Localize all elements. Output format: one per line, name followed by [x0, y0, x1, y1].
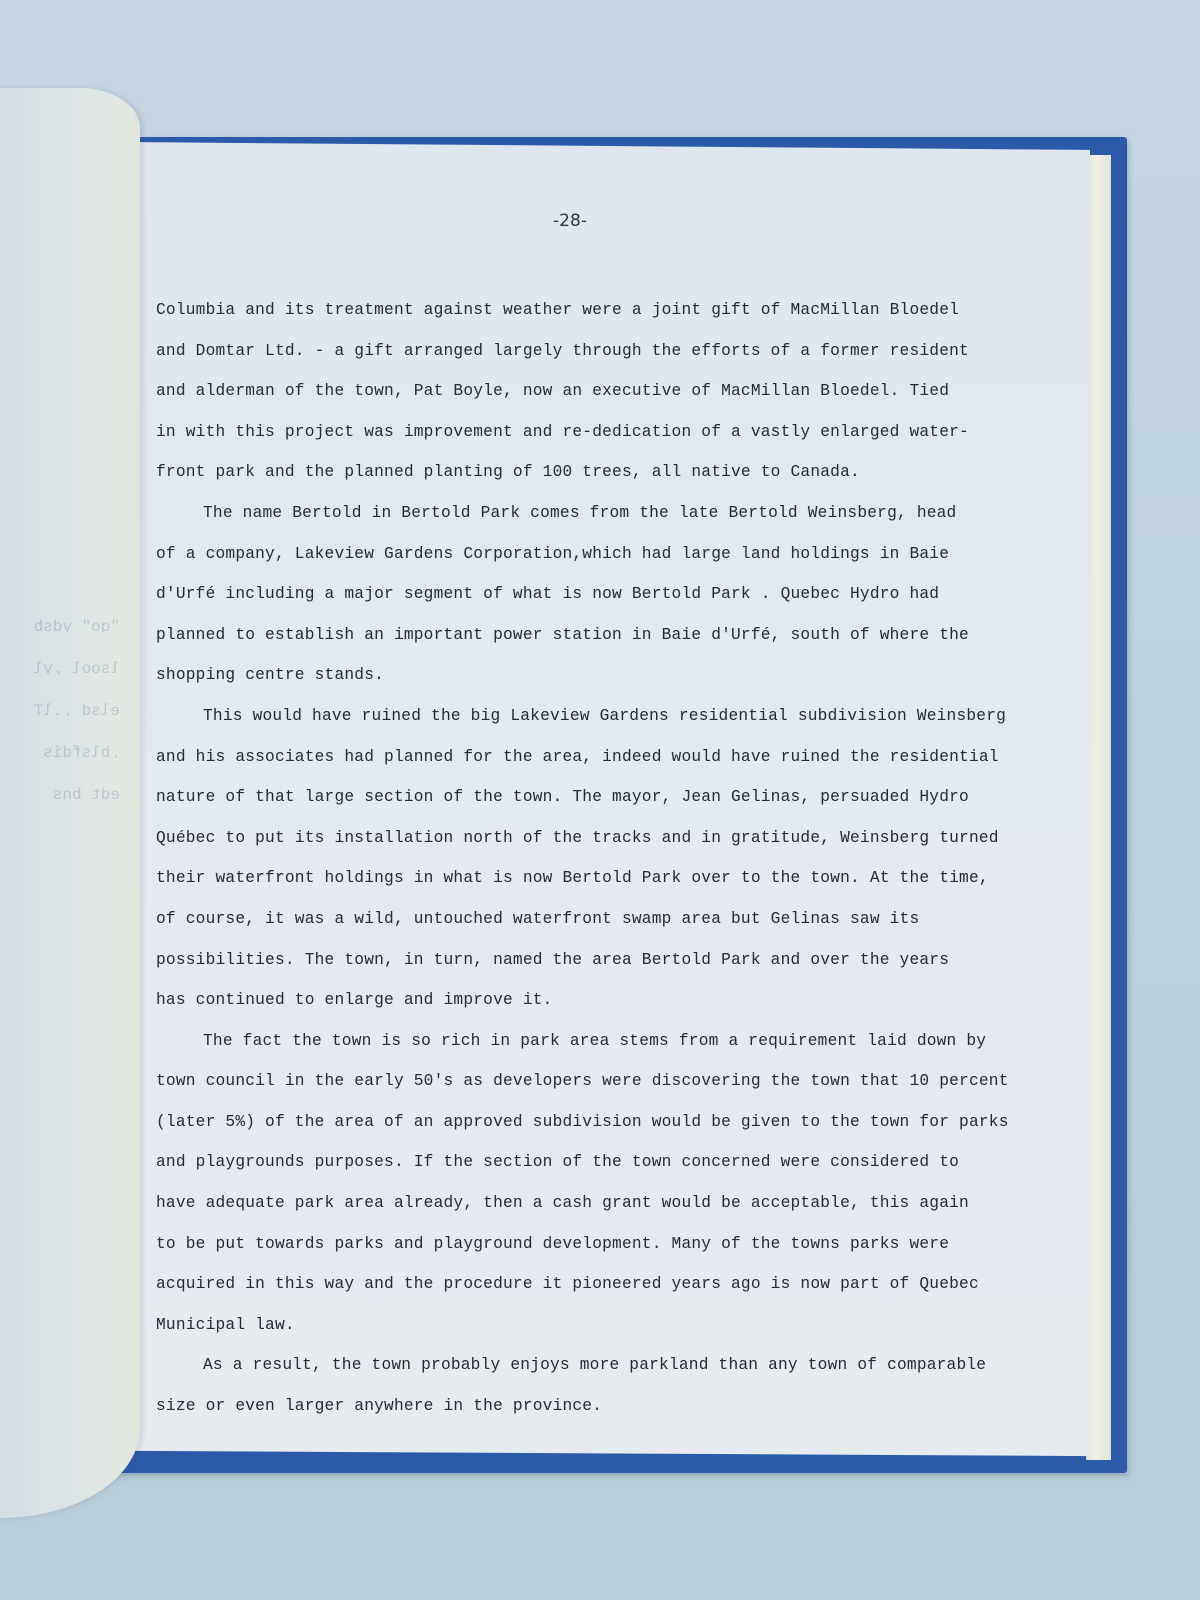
text-line: of a company, Lakeview Gardens Corporati…	[156, 534, 1036, 575]
bleed-through-text: "go" ydsb	[10, 618, 120, 632]
text-line: (later 5%) of the area of an approved su…	[156, 1102, 1036, 1143]
text-line: nature of that large section of the town…	[156, 777, 1036, 818]
page-number: -28-	[0, 211, 1140, 231]
bleed-through-text: elsd ,.lT	[10, 702, 120, 716]
bleed-through-text: lsool ,yl	[10, 660, 120, 674]
typewritten-body-text: Columbia and its treatment against weath…	[156, 290, 1036, 1427]
text-line: their waterfront holdings in what is now…	[156, 858, 1036, 899]
text-line: of course, it was a wild, untouched wate…	[156, 899, 1036, 940]
text-line: shopping centre stands.	[156, 655, 1036, 696]
text-line: front park and the planned planting of 1…	[156, 452, 1036, 493]
text-line: has continued to enlarge and improve it.	[156, 980, 1036, 1021]
bleed-through-text: ,blsfdis	[10, 744, 120, 758]
left-page-curl: "go" ydsb lsool ,yl elsd ,.lT ,blsfdis e…	[0, 88, 140, 1518]
text-line: d'Urfé including a major segment of what…	[156, 574, 1036, 615]
text-line: possibilities. The town, in turn, named …	[156, 940, 1036, 981]
text-line: town council in the early 50's as develo…	[156, 1061, 1036, 1102]
bleed-through-text: edt bns	[10, 786, 120, 800]
text-line: to be put towards parks and playground d…	[156, 1224, 1036, 1265]
text-line: have adequate park area already, then a …	[156, 1183, 1036, 1224]
text-line: and alderman of the town, Pat Boyle, now…	[156, 371, 1036, 412]
text-line: Québec to put its installation north of …	[156, 818, 1036, 859]
text-line: As a result, the town probably enjoys mo…	[156, 1345, 1036, 1386]
text-line: The name Bertold in Bertold Park comes f…	[156, 493, 1036, 534]
text-line: This would have ruined the big Lakeview …	[156, 696, 1036, 737]
text-line: The fact the town is so rich in park are…	[156, 1021, 1036, 1062]
text-line: and playgrounds purposes. If the section…	[156, 1142, 1036, 1183]
text-line: acquired in this way and the procedure i…	[156, 1264, 1036, 1305]
text-line: size or even larger anywhere in the prov…	[156, 1386, 1036, 1427]
text-line: in with this project was improvement and…	[156, 412, 1036, 453]
text-line: planned to establish an important power …	[156, 615, 1036, 656]
text-line: Columbia and its treatment against weath…	[156, 290, 1036, 331]
text-line: Municipal law.	[156, 1305, 1036, 1346]
text-line: and his associates had planned for the a…	[156, 737, 1036, 778]
text-line: and Domtar Ltd. - a gift arranged largel…	[156, 331, 1036, 372]
